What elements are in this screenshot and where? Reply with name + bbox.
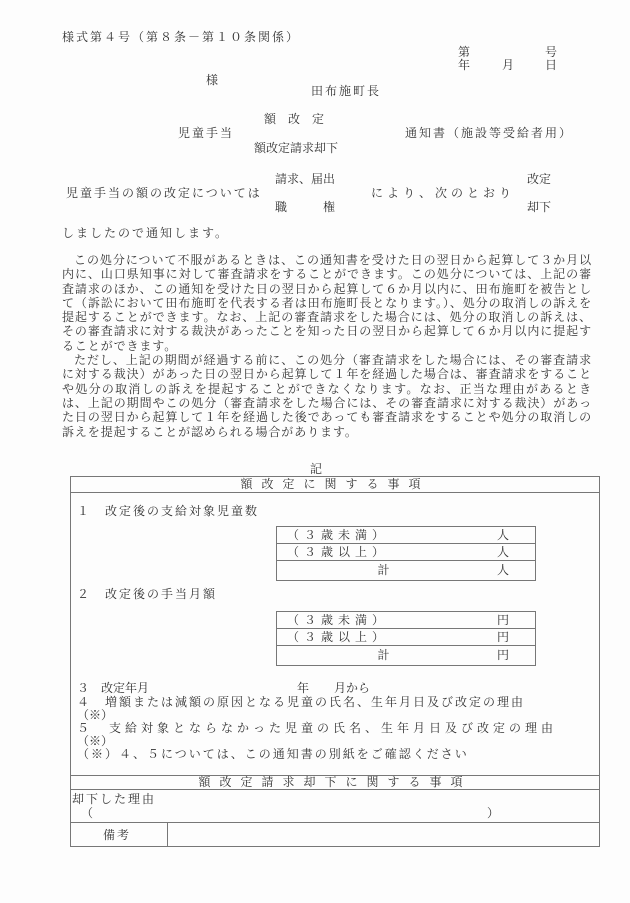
row-unit: 人: [497, 544, 509, 560]
row-unit: 人: [497, 527, 509, 543]
item5-note: （※）: [77, 734, 113, 748]
child-count-row-3plus: （３歳以上） 人: [277, 544, 535, 561]
row-label: （３歳未満）: [287, 612, 389, 628]
child-count-row-under3: （３歳未満） 人: [277, 527, 535, 544]
item5-label: ５ 支給対象とならなかった児童の氏名、生年月日及び改定の理由: [77, 721, 557, 735]
date-year-label: 年: [458, 58, 470, 72]
basis-option-request: 請求、届出: [275, 172, 335, 186]
remarks-field: [169, 823, 599, 846]
row-label: 計: [277, 561, 495, 580]
item2-label: ２ 改定後の手当月額: [77, 587, 217, 601]
item3-label: ３ 改定年月: [77, 681, 149, 695]
intro-lead: 児童手当の額の改定については: [66, 186, 262, 200]
form-number: 様式第４号（第８条－第１０条関係）: [62, 30, 300, 44]
revision-section-heading: 額改定に関する事項: [71, 477, 599, 492]
item3-month-from: 月から: [334, 681, 370, 695]
footnote: （※）４、５については、この通知書の別紙をご確認ください: [77, 747, 469, 761]
divider: [71, 492, 599, 493]
item3-year: 年: [297, 681, 309, 695]
rejection-reason-open-paren: （: [81, 806, 93, 820]
date-day-label: 日: [545, 58, 557, 72]
addressee-suffix: 様: [206, 73, 218, 87]
doc-number-suffix: 号: [545, 45, 557, 59]
appeal-notice: この処分について不服があるときは、この通知書を受けた日の翌日から起算して３か月以…: [62, 253, 592, 439]
row-label: （３歳以上）: [287, 544, 389, 560]
row-label: （３歳以上）: [287, 629, 389, 645]
appeal-paragraph-1: この処分について不服があるときは、この通知書を受けた日の翌日から起算して３か月以…: [62, 253, 592, 353]
doc-number-prefix: 第: [458, 45, 470, 59]
amount-row-total: 計 円: [277, 646, 535, 665]
title-option-revision: 額 改 定: [264, 112, 324, 126]
child-count-row-total: 計 人: [277, 561, 535, 580]
row-label: （３歳未満）: [287, 527, 389, 543]
remarks-divider: [167, 822, 168, 847]
row-unit: 円: [497, 646, 509, 665]
item4-label: ４ 増額または減額の原因となる児童の氏名、生年月日及び改定の理由: [77, 695, 525, 709]
rejection-section-heading: 額改定請求却下に関する事項: [71, 775, 599, 790]
monthly-amount-table: （３歳未満） 円 （３歳以上） 円 計 円: [276, 611, 536, 666]
row-unit: 人: [497, 561, 509, 580]
remarks-label: 備考: [103, 828, 131, 842]
divider: [71, 789, 599, 790]
item4-note: （※）: [77, 708, 113, 722]
title-right: 通知書（施設等受給者用）: [405, 126, 573, 140]
row-unit: 円: [497, 629, 509, 645]
intro-middle: により、次のとおり: [371, 186, 515, 200]
rejection-reason-close-paren: ）: [487, 806, 499, 820]
intro-closing: しましたので通知します。: [62, 226, 229, 240]
row-unit: 円: [497, 612, 509, 628]
item1-label: １ 改定後の支給対象児童数: [77, 504, 259, 518]
appeal-paragraph-2: ただし、上記の期間が経過する前に、この処分（審査請求をした場合には、その審査請求…: [62, 353, 592, 439]
result-option-rejected: 却下: [527, 200, 551, 214]
row-label: 計: [277, 646, 495, 665]
basis-option-ex-officio: 職 権: [275, 200, 335, 214]
issuer: 田布施町長: [311, 84, 381, 98]
title-left: 児童手当: [178, 126, 234, 140]
result-option-revised: 改定: [527, 172, 551, 186]
amount-row-under3: （３歳未満） 円: [277, 612, 535, 629]
date-month-label: 月: [502, 58, 514, 72]
amount-row-3plus: （３歳以上） 円: [277, 629, 535, 646]
rejection-reason-label: 却下した理由: [72, 792, 156, 806]
record-label: 記: [310, 462, 322, 476]
details-table: 額改定に関する事項 １ 改定後の支給対象児童数 （３歳未満） 人 （３歳以上） …: [70, 476, 600, 847]
title-option-rejection: 額改定請求却下: [254, 141, 338, 155]
child-count-table: （３歳未満） 人 （３歳以上） 人 計 人: [276, 526, 536, 581]
